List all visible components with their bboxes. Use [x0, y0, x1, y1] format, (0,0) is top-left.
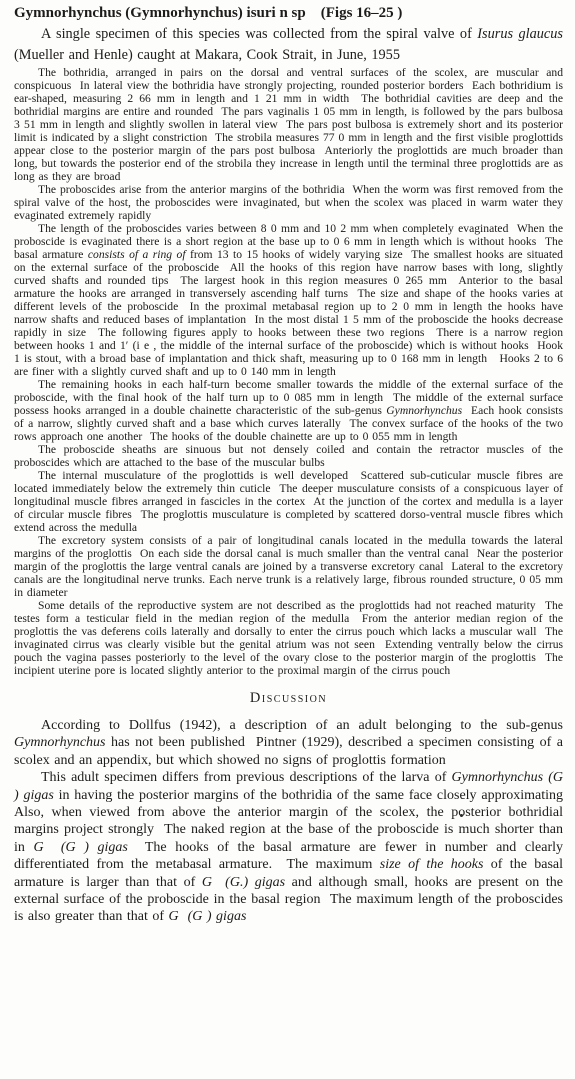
paragraph-proboscides-origin: The proboscides arise from the anterior …	[14, 183, 563, 222]
ink-speck	[460, 814, 463, 817]
text-run: G (G ) gigas	[34, 840, 128, 855]
paragraph-bothridia: The bothridia, arranged in pairs on the …	[14, 66, 563, 183]
species-title: Gymnorhynchus (Gymnorhynchus) isuri n sp…	[14, 3, 563, 24]
paragraph-musculature: The internal musculature of the proglott…	[14, 469, 563, 534]
text-run: Gymnorhynchus	[386, 404, 462, 417]
text-run: According to Dollfus (1942), a descripti…	[41, 718, 568, 733]
document-page: Gymnorhynchus (Gymnorhynchus) isuri n sp…	[0, 0, 575, 1079]
text-run: The internal musculature of the proglott…	[14, 469, 567, 534]
text-run: Discussion	[250, 690, 327, 706]
text-run: Isurus glaucus	[477, 26, 563, 42]
text-run: This adult specimen differs from previou…	[41, 770, 452, 785]
paragraph-proboscide-sheaths: The proboscide sheaths are sinuous but n…	[14, 443, 563, 469]
paragraph-dollfus: According to Dollfus (1942), a descripti…	[14, 717, 563, 769]
text-run: G (G.) gigas	[202, 875, 285, 890]
text-run: The bothridia, arranged in pairs on the …	[14, 66, 567, 183]
paragraph-excretory-system: The excretory system consists of a pair …	[14, 534, 563, 599]
text-run: consists of a ring of	[88, 248, 186, 261]
text-run: from 13 to 15 hooks of widely varying si…	[14, 248, 567, 378]
text-run: The proboscide sheaths are sinuous but n…	[14, 443, 567, 469]
paragraph-comparison: This adult specimen differs from previou…	[14, 769, 563, 926]
text-run: The excretory system consists of a pair …	[14, 534, 567, 599]
text-run: The proboscides arise from the anterior …	[14, 183, 567, 222]
text-run: Gymnorhynchus	[14, 735, 106, 750]
text-run: Gymnorhynchus (Gymnorhynchus) isuri n sp…	[14, 5, 402, 21]
document-body: Gymnorhynchus (Gymnorhynchus) isuri n sp…	[14, 3, 563, 926]
paragraph-collection: A single specimen of this species was co…	[14, 24, 563, 66]
paragraph-reproductive-system: Some details of the reproductive system …	[14, 599, 563, 677]
paragraph-external-hooks: The remaining hooks in each half-turn be…	[14, 378, 563, 443]
text-run: G (G ) gigas	[169, 909, 247, 924]
text-run: A single specimen of this species was co…	[41, 26, 477, 42]
paragraph-proboscis-hooks: The length of the proboscides varies bet…	[14, 222, 563, 378]
text-run: size of the hooks	[380, 857, 484, 872]
text-run: Some details of the reproductive system …	[14, 599, 567, 677]
section-heading-discussion: Discussion	[14, 689, 563, 707]
